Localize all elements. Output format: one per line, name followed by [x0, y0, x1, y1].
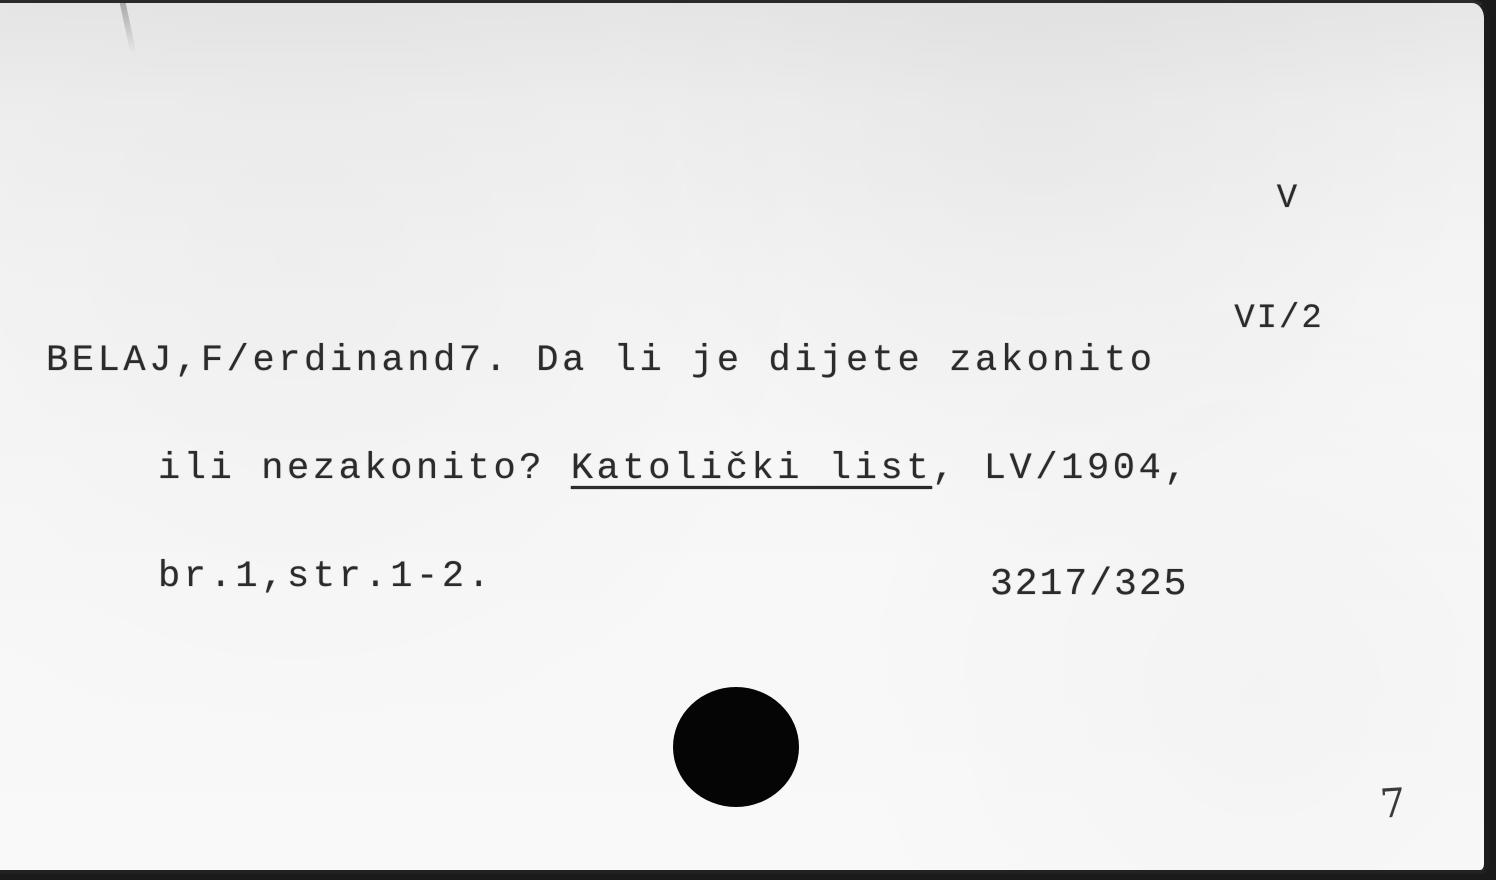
bibliographic-entry: BELAJ,F/erdinand7. Da li je dijete zakon…	[46, 271, 1190, 667]
handwritten-mark: 7	[1378, 780, 1407, 828]
call-number-line2: VI/2	[1224, 299, 1334, 339]
punch-hole-icon	[673, 687, 799, 807]
source-volume-year: , LV/1904,	[932, 448, 1190, 490]
call-number: V VI/2	[1224, 99, 1334, 419]
title-part-1: Da li je dijete zakonito	[536, 340, 1155, 382]
source-title: Katolički list	[571, 448, 932, 490]
accession-number: 3217/325	[990, 565, 1188, 605]
paper-crease	[120, 3, 137, 53]
author-given-name: ,F/erdinand7.	[175, 340, 510, 382]
title-part-2: ili nezakonito?	[158, 448, 545, 490]
author-surname: BELAJ	[46, 340, 175, 382]
entry-line-2: ili nezakonito? Katolički list, LV/1904,	[46, 451, 1190, 487]
catalog-card: V VI/2 BELAJ,F/erdinand7. Da li je dijet…	[0, 0, 1490, 874]
entry-line-1: BELAJ,F/erdinand7. Da li je dijete zakon…	[46, 343, 1190, 379]
call-number-line1: V	[1224, 179, 1334, 219]
